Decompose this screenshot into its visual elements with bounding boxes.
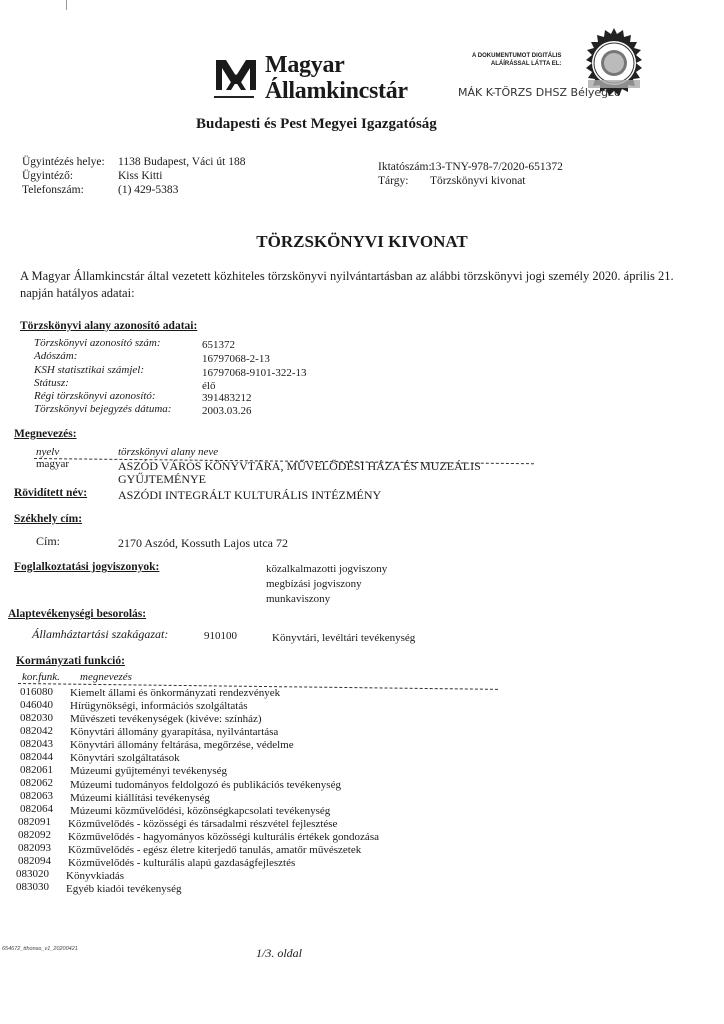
- meta-value-officer: Kiss Kitti: [118, 170, 162, 182]
- logo-text-line2: Államkincstár: [265, 78, 408, 105]
- meta-label-location: Ügyintézés helye:: [22, 156, 105, 168]
- stamp-note-line2: ALÁÍRÁSSAL LÁTTA EL:: [472, 60, 561, 68]
- id-label: Régi törzskönyvi azonosító:: [34, 390, 156, 402]
- function-name: Könyvtári szolgáltatások: [70, 752, 180, 764]
- logo-text-line1: Magyar: [265, 52, 345, 79]
- function-name: Múzeumi tudományos feldolgozó és publiká…: [70, 779, 341, 791]
- id-value: 2003.03.26: [202, 405, 252, 417]
- id-value: 16797068-2-13: [202, 353, 270, 365]
- directorate-name: Budapesti és Pest Megyei Igazgatóság: [196, 116, 437, 133]
- section-heading-gov-functions: Kormányzati funkció:: [16, 655, 125, 667]
- function-code: 083030: [16, 881, 49, 893]
- core-activity-description: Könyvtári, levéltári tevékenység: [272, 632, 415, 644]
- section-heading-employment: Foglalkoztatási jogviszonyok:: [14, 561, 159, 573]
- seat-address: 2170 Aszód, Kossuth Lajos utca 72: [118, 536, 288, 551]
- page-number: 1/3. oldal: [256, 946, 302, 961]
- function-code: 082030: [20, 712, 53, 724]
- intro-paragraph: A Magyar Államkincstár által vezetett kö…: [20, 268, 700, 302]
- id-value: 391483212: [202, 392, 252, 404]
- function-code: 082091: [18, 816, 51, 828]
- col-header-function-code: kor.funk.: [22, 671, 60, 683]
- function-code: 082044: [20, 751, 53, 763]
- section-heading-name: Megnevezés:: [14, 428, 77, 440]
- section-heading-seat: Székhely cím:: [14, 513, 82, 525]
- col-header-entity-name: törzskönyvi alany neve: [118, 446, 218, 458]
- function-name: Közművelődés - egész életre kiterjedő ta…: [68, 844, 361, 856]
- name-language: magyar: [36, 458, 69, 470]
- section-heading-short-name: Rövidített név:: [14, 487, 87, 499]
- function-name: Múzeumi gyűjteményi tevékenység: [70, 765, 227, 777]
- function-code: 082094: [18, 855, 51, 867]
- id-label: Törzskönyvi azonosító szám:: [34, 337, 161, 349]
- function-name: Könyvtári állomány gyarapítása, nyilvánt…: [70, 726, 278, 738]
- id-value: 16797068-9101-322-13: [202, 367, 307, 379]
- function-code: 082063: [20, 790, 53, 802]
- function-name: Művészeti tevékenységek (kivéve: színház…: [70, 713, 262, 725]
- function-code: 082062: [20, 777, 53, 789]
- meta-label-subject: Tárgy:: [378, 175, 408, 187]
- function-code: 083020: [16, 868, 49, 880]
- document-title: TÖRZSKÖNYVI KIVONAT: [0, 232, 724, 252]
- col-header-function-name: megnevezés: [80, 671, 132, 683]
- official-seal-icon: [578, 28, 650, 100]
- function-name: Egyéb kiadói tevékenység: [66, 883, 181, 895]
- function-code: 046040: [20, 699, 53, 711]
- id-label: Adószám:: [34, 350, 77, 362]
- scan-mark: [66, 0, 67, 10]
- function-code: 082043: [20, 738, 53, 750]
- meta-label-filing-number: Iktatószám:: [378, 161, 432, 173]
- stamp-note-line1: A DOKUMENTUMOT DIGITÁLIS: [472, 52, 561, 60]
- function-name: Közművelődés - hagyományos közösségi kul…: [68, 831, 379, 843]
- meta-value-filing-number: 13-TNY-978-7/2020-651372: [430, 161, 563, 173]
- footer-file-reference: 654672_tthonas_v1_20200421: [2, 946, 78, 952]
- section-heading-core-activity: Alaptevékenységi besorolás:: [8, 608, 146, 620]
- employment-item: megbízási jogviszony: [266, 578, 362, 590]
- function-code: 082092: [18, 829, 51, 841]
- function-name: Közművelődés - kulturális alapú gazdaság…: [68, 857, 295, 869]
- meta-label-officer: Ügyintéző:: [22, 170, 73, 182]
- id-label: Törzskönyvi bejegyzés dátuma:: [34, 403, 171, 415]
- employment-item: közalkalmazotti jogviszony: [266, 563, 387, 575]
- meta-value-location: 1138 Budapest, Váci út 188: [118, 156, 245, 168]
- entity-name-line2: GYŰJTEMÉNYE: [118, 472, 206, 487]
- function-code: 082061: [20, 764, 53, 776]
- function-name: Közművelődés - közösségi és társadalmi r…: [68, 818, 337, 830]
- function-code: 016080: [20, 686, 53, 698]
- function-name: Könyvkiadás: [66, 870, 124, 882]
- meta-label-phone: Telefonszám:: [22, 184, 84, 196]
- section-heading-identifiers: Törzskönyvi alany azonosító adatai:: [20, 320, 197, 332]
- employment-item: munkaviszony: [266, 593, 330, 605]
- id-value: élő: [202, 380, 215, 392]
- core-activity-label: Államháztartási szakágazat:: [32, 627, 168, 642]
- meta-value-subject: Törzskönyvi kivonat: [430, 175, 526, 187]
- meta-value-phone: (1) 429-5383: [118, 184, 178, 196]
- function-name: Múzeumi kiállítási tevékenység: [70, 792, 210, 804]
- function-name: Múzeumi közművelődési, közönségkapcsolat…: [70, 805, 330, 817]
- digital-signature-note: A DOKUMENTUMOT DIGITÁLIS ALÁÍRÁSSAL LÁTT…: [472, 52, 561, 68]
- function-code: 082064: [20, 803, 53, 815]
- function-name: Hírügynökségi, információs szolgáltatás: [70, 700, 248, 712]
- function-code: 082042: [20, 725, 53, 737]
- core-activity-code: 910100: [204, 630, 237, 642]
- logo-underline: [214, 96, 254, 98]
- function-code: 082093: [18, 842, 51, 854]
- function-name: Könyvtári állomány feltárása, megőrzése,…: [70, 739, 294, 751]
- short-name-value: ASZÓDI INTEGRÁLT KULTURÁLIS INTÉZMÉNY: [118, 488, 381, 503]
- seat-label: Cím:: [36, 534, 60, 549]
- id-label: KSH statisztikai számjel:: [34, 364, 144, 376]
- function-name: Kiemelt állami és önkormányzati rendezvé…: [70, 687, 280, 699]
- treasury-logo-icon: [214, 56, 258, 92]
- col-header-language: nyelv: [36, 446, 59, 458]
- id-value: 651372: [202, 339, 235, 351]
- id-label: Státusz:: [34, 377, 69, 389]
